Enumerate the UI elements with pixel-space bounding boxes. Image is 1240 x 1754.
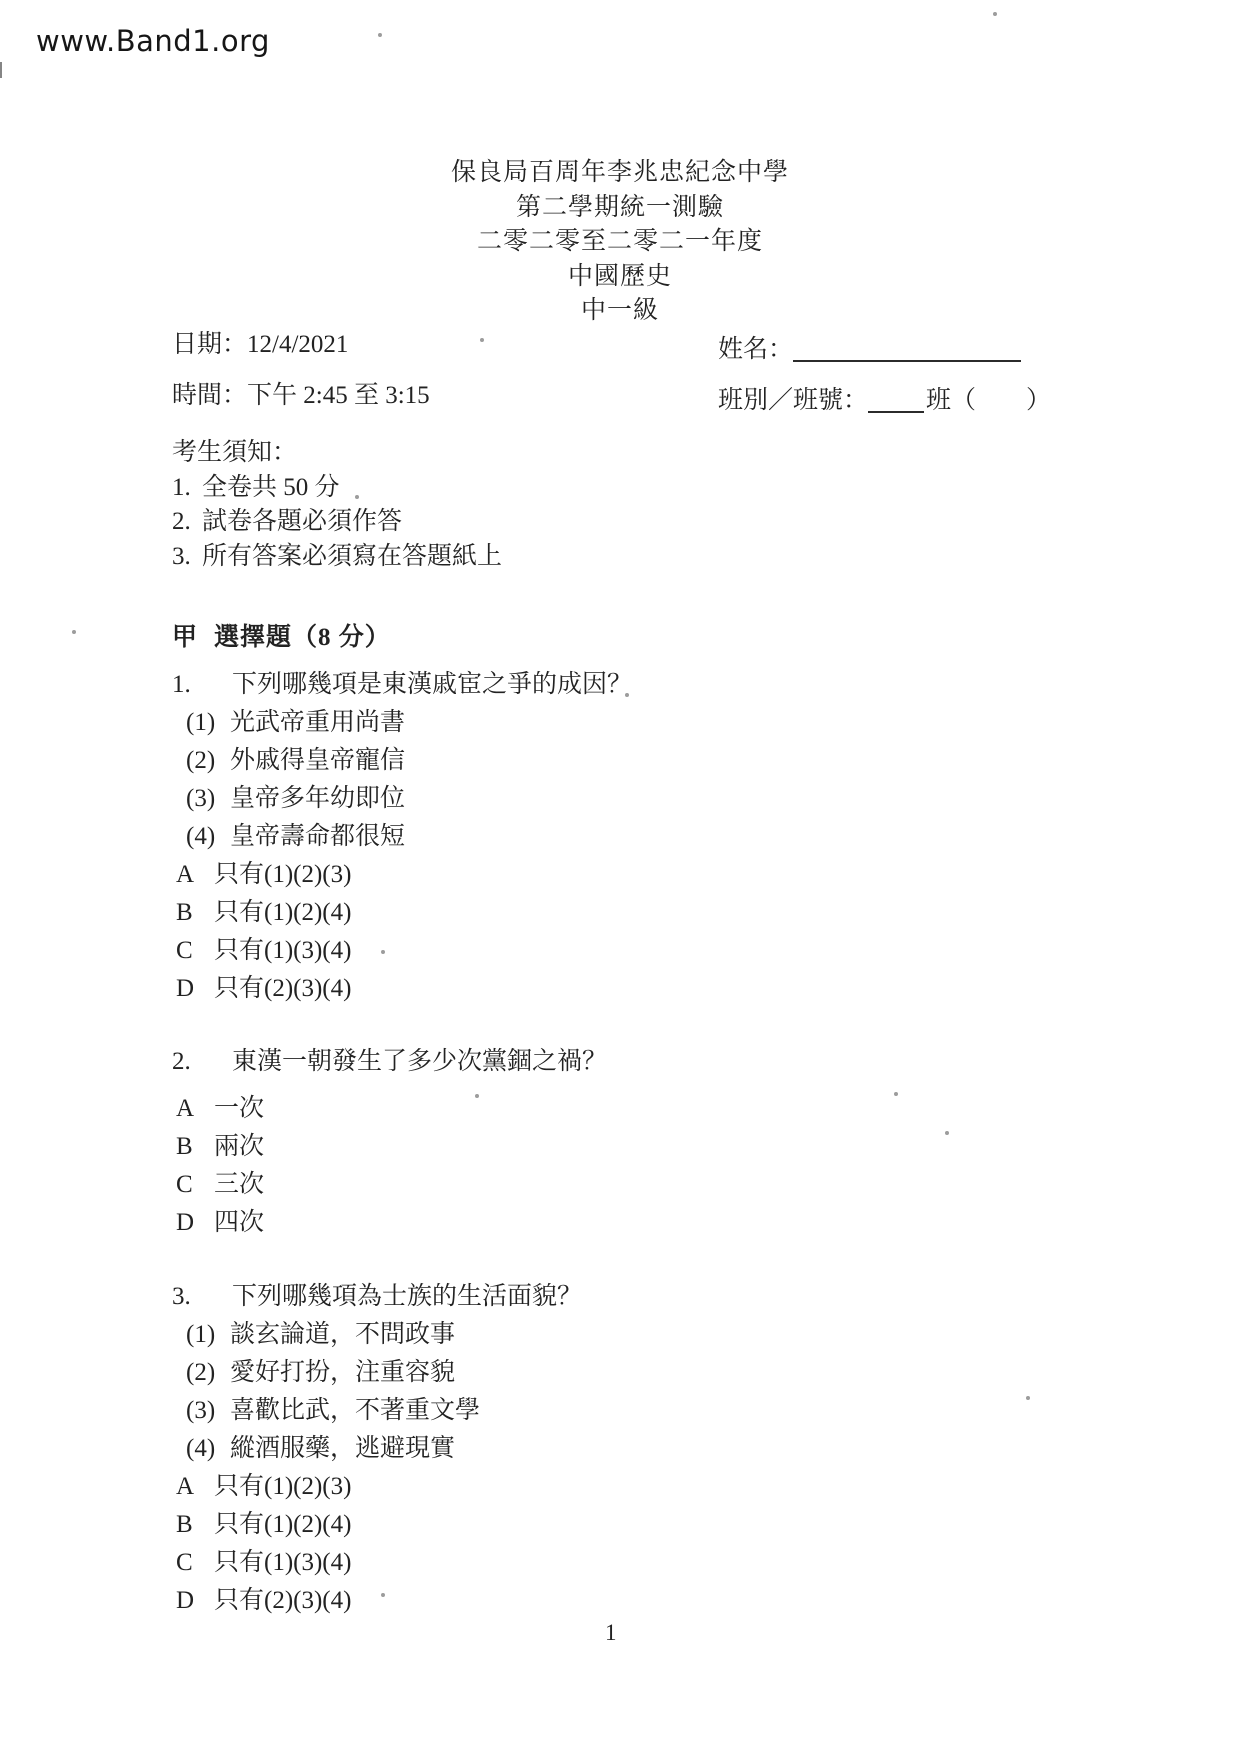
note-text: 所有答案必須寫在答題紙上 [202,540,502,575]
section-label: 甲 [172,624,198,651]
class-blank-field [868,386,924,413]
option-text: 一次 [214,1090,264,1128]
candidate-notes: 考生須知： 1. 全卷共 50 分 2. 試卷各題必須作答 3. 所有答案必須寫… [172,436,502,574]
option-label: A [176,1090,214,1128]
date-row: 日期：12/4/2021 [172,330,348,360]
question-3-head: 3. 下列哪幾項為士族的生活面貌？ [172,1278,582,1316]
scan-speck [1026,1396,1030,1400]
option-text: 只有(2)(3)(4) [214,1582,351,1620]
note-item: 1. 全卷共 50 分 [172,471,502,506]
question-1-item-2: (2) 外戚得皇帝寵信 [172,742,632,780]
option-label: B [176,1128,214,1166]
scan-speck [381,1593,385,1597]
note-text: 全卷共 50 分 [202,471,340,506]
question-3-item-4: (4) 縱酒服藥，逃避現實 [172,1430,582,1468]
option-text: 兩次 [214,1128,264,1166]
school-year: 二零二零至二零二一年度 [0,225,1240,260]
question-3: 3. 下列哪幾項為士族的生活面貌？ (1) 談玄論道，不問政事 (2) 愛好打扮… [172,1278,582,1620]
scan-edge-artifact [0,62,2,78]
question-1-item-1: (1) 光武帝重用尚書 [172,704,632,742]
question-3-item-3: (3) 喜歡比武，不著重文學 [172,1392,582,1430]
item-label: (3) [186,1392,230,1430]
question-number: 3. [172,1278,232,1316]
note-number: 2. [172,505,202,540]
item-text: 愛好打扮，注重容貌 [230,1354,455,1392]
item-label: (4) [186,818,230,856]
exam-name: 第二學期統一測驗 [0,191,1240,226]
item-text: 光武帝重用尚書 [230,704,405,742]
question-2-option-b: B 兩次 [172,1128,607,1166]
note-item: 3. 所有答案必須寫在答題紙上 [172,540,502,575]
subject-name: 中國歷史 [0,260,1240,295]
class-row: 班別／班號：班（ ） [718,381,1051,416]
option-text: 只有(1)(3)(4) [214,932,351,970]
note-number: 1. [172,471,202,506]
option-label: D [176,1204,214,1242]
note-item: 2. 試卷各題必須作答 [172,505,502,540]
note-text: 試卷各題必須作答 [202,505,402,540]
note-number: 3. [172,540,202,575]
question-2-head: 2. 東漢一朝發生了多少次黨錮之禍？ [172,1043,607,1081]
question-3-option-c: C 只有(1)(3)(4) [172,1544,582,1582]
question-1-item-3: (3) 皇帝多年幼即位 [172,780,632,818]
question-stem: 下列哪幾項是東漢戚宦之爭的成因？ [232,666,632,704]
option-label: A [176,1468,214,1506]
option-label: C [176,1166,214,1204]
exam-paper-page: www.Band1.org 保良局百周年李兆忠紀念中學 第二學期統一測驗 二零二… [0,0,1240,1754]
scan-speck [993,12,997,16]
option-label: B [176,1506,214,1544]
class-label: 班別／班號： [718,387,868,414]
question-1-option-d: D 只有(2)(3)(4) [172,970,632,1008]
question-number: 1. [172,666,232,704]
watermark-url: www.Band1.org [36,24,270,58]
item-label: (2) [186,742,230,780]
name-blank-field [793,335,1021,362]
option-label: B [176,894,214,932]
name-label: 姓名： [718,336,793,363]
notes-title: 考生須知： [172,436,502,471]
item-text: 喜歡比武，不著重文學 [230,1392,480,1430]
question-stem: 下列哪幾項為士族的生活面貌？ [232,1278,582,1316]
question-2-option-a: A 一次 [172,1090,607,1128]
question-2-option-d: D 四次 [172,1204,607,1242]
option-text: 四次 [214,1204,264,1242]
item-text: 皇帝多年幼即位 [230,780,405,818]
exam-header: 保良局百周年李兆忠紀念中學 第二學期統一測驗 二零二零至二零二一年度 中國歷史 … [0,156,1240,329]
item-text: 外戚得皇帝寵信 [230,742,405,780]
section-a-title: 甲選擇題（8 分） [172,617,391,653]
item-text: 縱酒服藥，逃避現實 [230,1430,455,1468]
item-label: (3) [186,780,230,818]
question-stem: 東漢一朝發生了多少次黨錮之禍？ [232,1043,607,1081]
question-1: 1. 下列哪幾項是東漢戚宦之爭的成因？ (1) 光武帝重用尚書 (2) 外戚得皇… [172,666,632,1008]
question-1-option-c: C 只有(1)(3)(4) [172,932,632,970]
question-1-option-a: A 只有(1)(2)(3) [172,856,632,894]
option-label: C [176,1544,214,1582]
name-row: 姓名： [718,330,1021,365]
scan-speck [480,338,484,342]
class-suffix: 班（ ） [926,387,1051,414]
time-row: 時間：下午 2:45 至 3:15 [172,381,430,411]
option-label: D [176,970,214,1008]
option-text: 只有(1)(3)(4) [214,1544,351,1582]
scan-speck [381,950,385,954]
question-3-item-2: (2) 愛好打扮，注重容貌 [172,1354,582,1392]
question-3-item-1: (1) 談玄論道，不問政事 [172,1316,582,1354]
scan-speck [945,1131,949,1135]
date-label: 日期： [172,331,247,358]
question-2-option-c: C 三次 [172,1166,607,1204]
question-3-option-d: D 只有(2)(3)(4) [172,1582,582,1620]
question-1-option-b: B 只有(1)(2)(4) [172,894,632,932]
time-value: 下午 2:45 至 3:15 [247,382,430,409]
school-name: 保良局百周年李兆忠紀念中學 [0,156,1240,191]
item-label: (1) [186,704,230,742]
item-label: (4) [186,1430,230,1468]
option-text: 只有(1)(2)(3) [214,1468,351,1506]
option-text: 只有(1)(2)(3) [214,856,351,894]
option-text: 只有(1)(2)(4) [214,894,351,932]
question-3-option-a: A 只有(1)(2)(3) [172,1468,582,1506]
question-1-item-4: (4) 皇帝壽命都很短 [172,818,632,856]
option-label: A [176,856,214,894]
scan-speck [355,495,359,499]
option-label: D [176,1582,214,1620]
option-label: C [176,932,214,970]
item-label: (1) [186,1316,230,1354]
time-label: 時間： [172,382,247,409]
date-value: 12/4/2021 [247,331,348,358]
question-number: 2. [172,1043,232,1081]
section-name: 選擇題（8 分） [214,624,391,651]
page-number: 1 [605,1620,617,1646]
scan-speck [378,33,382,37]
option-text: 三次 [214,1166,264,1204]
question-1-head: 1. 下列哪幾項是東漢戚宦之爭的成因？ [172,666,632,704]
item-text: 談玄論道，不問政事 [230,1316,455,1354]
question-3-option-b: B 只有(1)(2)(4) [172,1506,582,1544]
question-2: 2. 東漢一朝發生了多少次黨錮之禍？ A 一次 B 兩次 C 三次 D 四次 [172,1043,607,1242]
option-text: 只有(1)(2)(4) [214,1506,351,1544]
form-level: 中一級 [0,294,1240,329]
scan-speck [625,693,629,697]
scan-speck [894,1092,898,1096]
option-text: 只有(2)(3)(4) [214,970,351,1008]
item-text: 皇帝壽命都很短 [230,818,405,856]
item-label: (2) [186,1354,230,1392]
scan-speck [475,1094,479,1098]
scan-speck [72,630,76,634]
